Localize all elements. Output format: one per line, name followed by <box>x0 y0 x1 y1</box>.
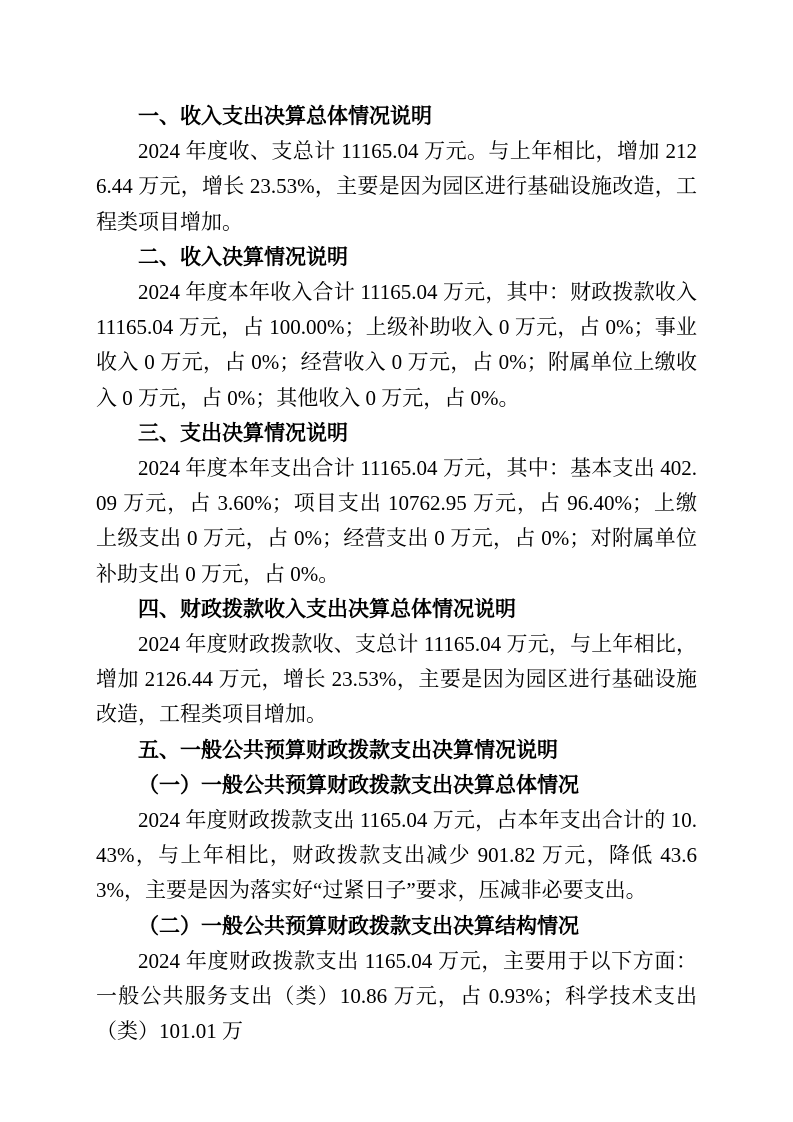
section-heading-general-public-budget-expense: 五、一般公共预算财政拨款支出决算情况说明 <box>96 733 697 768</box>
subheading-general-public-budget-structure: （二）一般公共预算财政拨款支出决算结构情况 <box>96 909 697 944</box>
section-heading-income-expense-overall: 一、收入支出决算总体情况说明 <box>96 99 697 134</box>
section-heading-fiscal-appropriation-overall: 四、财政拨款收入支出决算总体情况说明 <box>96 592 697 627</box>
paragraph-expense-final-accounts: 2024 年度本年支出合计 11165.04 万元，其中：基本支出 402.09… <box>96 451 697 592</box>
section-heading-expense-final-accounts: 三、支出决算情况说明 <box>96 416 697 451</box>
section-heading-income-final-accounts: 二、收入决算情况说明 <box>96 240 697 275</box>
paragraph-income-expense-overall: 2024 年度收、支总计 11165.04 万元。与上年相比，增加 2126.4… <box>96 134 697 240</box>
paragraph-general-public-budget-structure: 2024 年度财政拨款支出 1165.04 万元，主要用于以下方面：一般公共服务… <box>96 944 697 1050</box>
subheading-general-public-budget-overall: （一）一般公共预算财政拨款支出决算总体情况 <box>96 768 697 803</box>
paragraph-income-final-accounts: 2024 年度本年收入合计 11165.04 万元，其中：财政拨款收入 1116… <box>96 275 697 416</box>
paragraph-fiscal-appropriation-overall: 2024 年度财政拨款收、支总计 11165.04 万元，与上年相比，增加 21… <box>96 627 697 733</box>
paragraph-general-public-budget-overall: 2024 年度财政拨款支出 1165.04 万元，占本年支出合计的 10.43%… <box>96 803 697 909</box>
document-page: 一、收入支出决算总体情况说明 2024 年度收、支总计 11165.04 万元。… <box>0 0 793 1122</box>
